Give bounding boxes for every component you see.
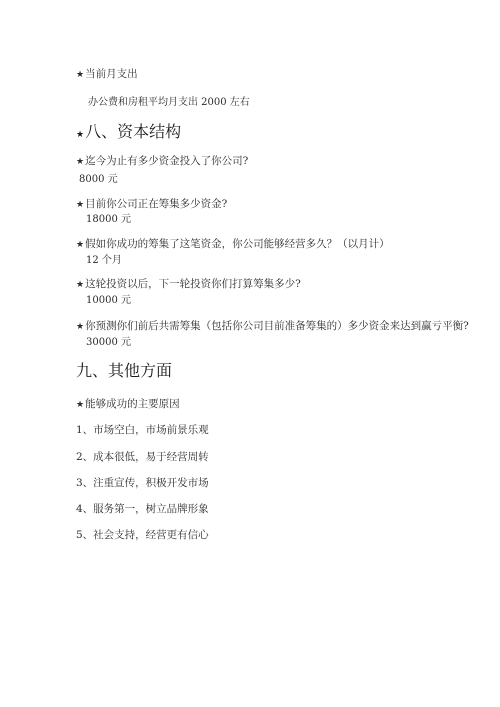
reason-item: 4、服务第一，树立品牌形象 [76,501,209,516]
answer-4: 10000 元 [86,291,131,306]
reason-item: 5、社会支持，经营更有信心 [76,527,209,542]
star-icon: ★ [76,400,84,410]
question-1: ★迄今为止有多少资金投入了你公司? [76,153,248,168]
success-reasons-label: ★能够成功的主要原因 [76,396,180,411]
question-2: ★目前你公司正在筹集多少资金? [76,196,227,211]
answer-2: 18000 元 [86,210,131,225]
star-icon: ★ [76,70,84,80]
star-icon: ★ [76,130,84,140]
star-icon: ★ [76,157,84,167]
reason-item: 3、注重宣传，积极开发市场 [76,475,209,490]
answer-1: 8000 元 [79,170,118,185]
star-icon: ★ [76,322,84,332]
star-icon: ★ [76,280,84,290]
question-5: ★你预测你们前后共需筹集（包括你公司目前准备筹集的）多少资金来达到赢亏平衡? [76,318,469,333]
star-icon: ★ [76,240,84,250]
monthly-expense-label: ★当前月支出 [76,66,138,81]
question-3: ★假如你成功的筹集了这笔资金，你公司能够经营多久？（以月计） [76,236,390,251]
monthly-expense-answer: 办公费和房租平均月支出 2000 左右 [88,93,250,108]
question-4: ★这轮投资以后，下一轮投资你们打算筹集多少? [76,276,301,291]
answer-3: 12 个月 [86,251,122,266]
reason-item: 1、市场空白，市场前景乐观 [76,422,209,437]
reason-item: 2、成本很低，易于经营周转 [76,449,209,464]
section-9-heading: 九、其他方面 [76,358,172,381]
section-8-heading: ★八、资本结构 [76,119,181,142]
star-icon: ★ [76,200,84,210]
answer-5: 30000 元 [86,333,131,348]
